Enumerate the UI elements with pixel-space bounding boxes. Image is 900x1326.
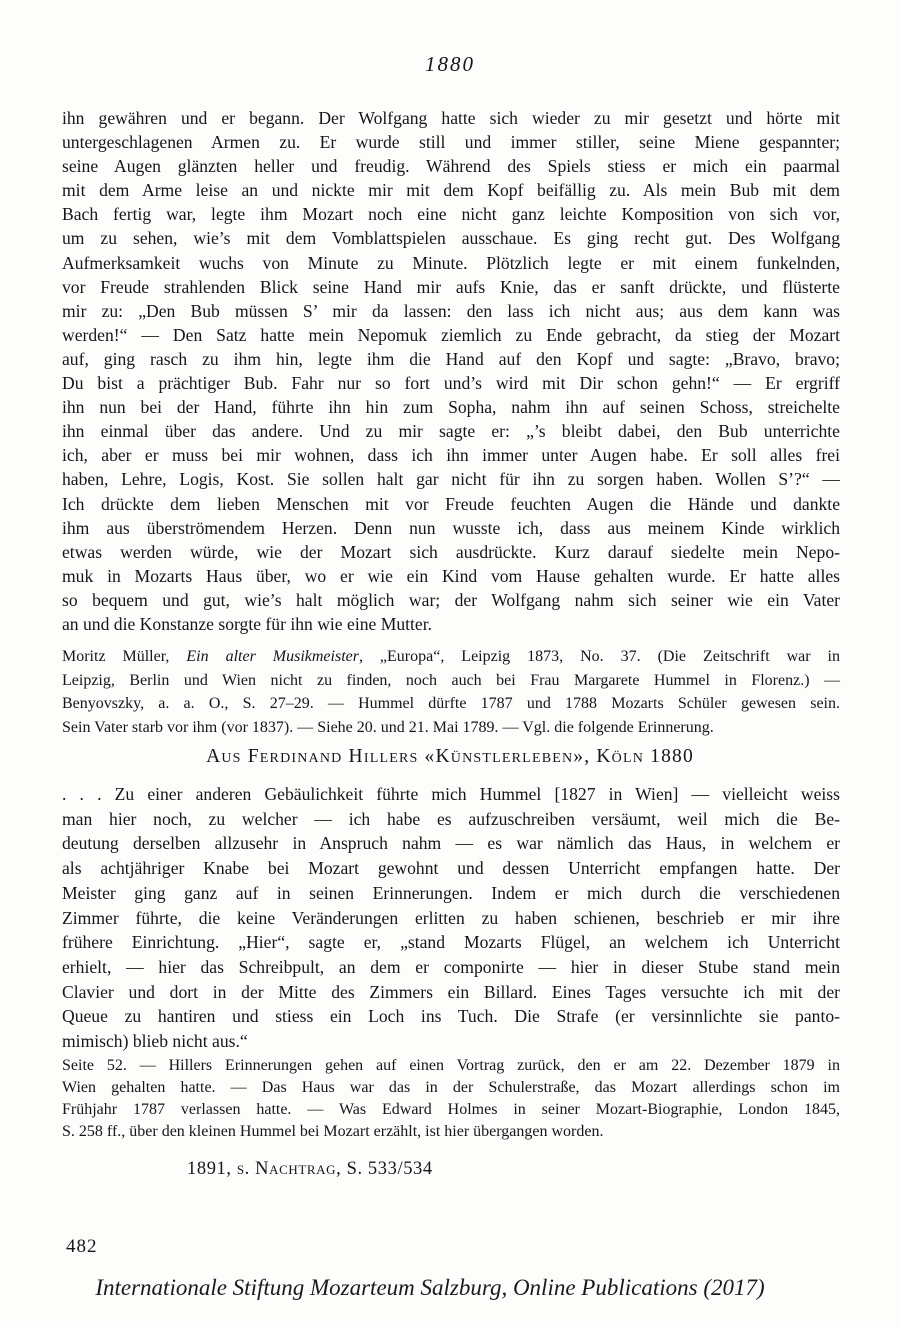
publisher-attribution: Internationale Stiftung Mozarteum Salzbu…: [0, 1275, 860, 1301]
text-line: deutung derselben allzusehr in Anspruch …: [62, 831, 840, 856]
text-line: um zu sehen, wie’s mit dem Vomblattspiel…: [62, 226, 840, 250]
text-line: vor Freude strahlenden Blick seine Hand …: [62, 275, 840, 299]
text-line: haben, Lehre, Logis, Kost. Sie sollen ha…: [62, 467, 840, 491]
text-line: Moritz Müller, Ein alter Musikmeister, „…: [62, 645, 840, 669]
text-line: seine Augen glänzten heller und freudig.…: [62, 154, 840, 178]
scanned-book-page: 1880 ihn gewähren und er begann. Der Wol…: [0, 0, 900, 1326]
text-line: ich, aber er muss bei mir wohnen, dass i…: [62, 443, 840, 467]
text-line: Benyovszky, a. a. O., S. 27–29. — Hummel…: [62, 692, 840, 716]
text-line: mit dem Arme leise an und nickte mir mit…: [62, 178, 840, 202]
text-line: Meister ging ganz auf in seinen Erinneru…: [62, 881, 840, 906]
text-line: als achtjähriger Knabe bei Mozart gewohn…: [62, 856, 840, 881]
text-line: Seite 52. — Hillers Erinnerungen gehen a…: [62, 1055, 840, 1077]
text-line: man hier noch, zu welcher — ich habe es …: [62, 807, 840, 832]
text-line: Clavier und dort in der Mitte des Zimmer…: [62, 980, 840, 1005]
memoir-paragraph: ihn gewähren und er begann. Der Wolfgang…: [62, 106, 840, 636]
text-line: . . . Zu einer anderen Gebäulichkeit füh…: [62, 782, 840, 807]
text-line: etwas werden würde, wie der Mozart sich …: [62, 540, 840, 564]
text-line: Leipzig, Berlin und Wien nicht zu finden…: [62, 669, 840, 693]
text-line: Aufmerksamkeit wuchs von Minute zu Minut…: [62, 251, 840, 275]
text-line: Sein Vater starb vor ihm (vor 1837). — S…: [62, 716, 840, 740]
text-line: erhielt, — hier das Schreibpult, an dem …: [62, 955, 840, 980]
text-line: frühere Einrichtung. „Hier“, sagte er, „…: [62, 930, 840, 955]
hiller-paragraph: . . . Zu einer anderen Gebäulichkeit füh…: [62, 782, 840, 1054]
text-line: ihm aus überströmendem Herzen. Denn nun …: [62, 516, 840, 540]
text-line: so bequem und gut, wie’s halt möglich wa…: [62, 588, 840, 612]
text-line: Zimmer führte, die keine Veränderungen e…: [62, 906, 840, 931]
text-line: mir zu: „Den Bub müssen S’ mir da lassen…: [62, 299, 840, 323]
footnote-mueller-source: Moritz Müller, Ein alter Musikmeister, „…: [62, 645, 840, 739]
text-line: mimisch) blieb nicht aus.“: [62, 1029, 840, 1054]
text-line: auf, ging rasch zu ihm hin, legte ihm di…: [62, 347, 840, 371]
text-line: Frühjahr 1787 verlassen hatte. — Was Edw…: [62, 1099, 840, 1121]
text-line: werden!“ — Den Satz hatte mein Nepomuk z…: [62, 323, 840, 347]
text-line: Queue zu hantiren und stiess ein Loch in…: [62, 1004, 840, 1029]
text-line: muk in Mozarts Haus über, wo er wie ein …: [62, 564, 840, 588]
text-line: untergeschlagenen Armen zu. Er wurde sti…: [62, 130, 840, 154]
text-line: ihn einmal über das andere. Und zu mir s…: [62, 419, 840, 443]
footnote-hiller-commentary: Seite 52. — Hillers Erinnerungen gehen a…: [62, 1055, 840, 1143]
text-line: an und die Konstanze sorgte für ihn wie …: [62, 612, 840, 636]
text-line: Ich drückte dem lieben Menschen mit vor …: [62, 492, 840, 516]
running-head-year: 1880: [0, 52, 900, 77]
text-line: S. 258 ff., über den kleinen Hummel bei …: [62, 1121, 840, 1143]
section-heading: Aus Ferdinand Hillers «Künstlerleben», K…: [0, 746, 900, 768]
text-line: ihn nun bei der Hand, führte ihn hin zum…: [62, 395, 840, 419]
text-line: Wien gehalten hatte. — Das Haus war das …: [62, 1077, 840, 1099]
cross-reference: 1891, s. Nachtrag, S. 533/534: [187, 1159, 433, 1180]
page-number: 482: [66, 1236, 98, 1258]
text-line: Bach fertig war, legte ihm Mozart noch e…: [62, 202, 840, 226]
text-line: Du bist a prächtiger Bub. Fahr nur so fo…: [62, 371, 840, 395]
text-line: ihn gewähren und er begann. Der Wolfgang…: [62, 106, 840, 130]
